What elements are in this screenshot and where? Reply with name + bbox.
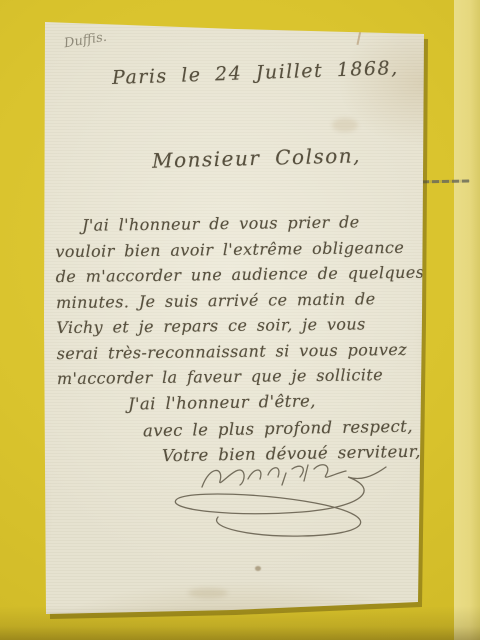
body-line: J'ai l'honneur de vous prier de xyxy=(55,209,407,239)
letter-paper: Duffis. Paris le 24 Juillet 1868, Monsie… xyxy=(0,0,480,640)
signature-flourish xyxy=(140,455,400,560)
paper-stain xyxy=(255,566,261,571)
backdrop-fold-strip xyxy=(454,0,480,640)
closing-line: avec le plus profond respect, xyxy=(143,417,413,441)
letter-body: J'ai l'honneur de vous prier de vouloir … xyxy=(55,209,409,392)
closing-line: J'ai l'honneur d'être, xyxy=(128,391,316,413)
salutation: Monsieur Colson, xyxy=(152,143,362,172)
letter-photograph: Duffis. Paris le 24 Juillet 1868, Monsie… xyxy=(0,0,480,640)
paper-stain xyxy=(332,118,358,132)
body-line: de m'accorder une audience de quelques xyxy=(56,260,408,290)
body-line: m'accorder la faveur que je sollicite xyxy=(57,362,409,392)
body-line: Vichy et je repars ce soir, je vous xyxy=(56,311,408,341)
pencil-annotation: Duffis. xyxy=(63,30,108,52)
backdrop-bottom-shadow xyxy=(0,606,480,640)
dateline: Paris le 24 Juillet 1868, xyxy=(112,57,399,89)
paper-stain xyxy=(188,588,228,598)
